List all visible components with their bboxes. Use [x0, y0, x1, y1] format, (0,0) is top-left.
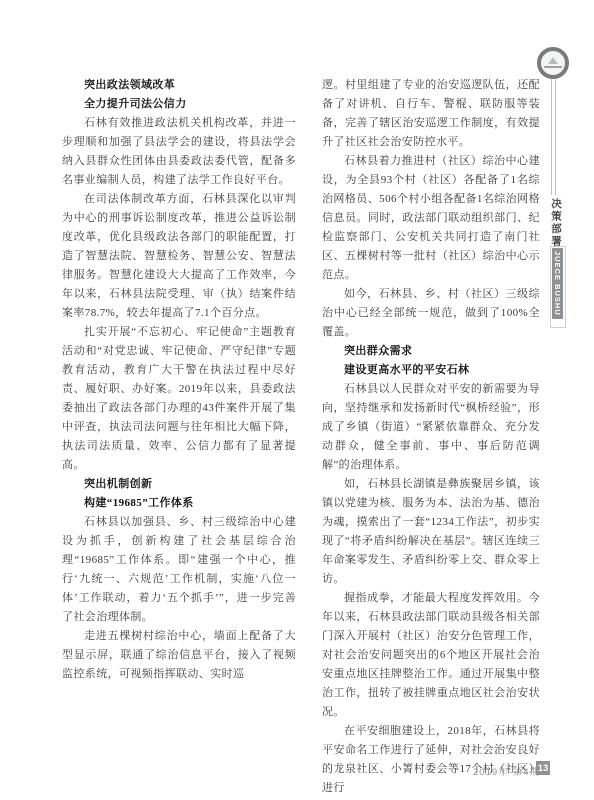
article-paragraph: 如今，石林县、乡、村（社区）三级综治中心已经全部统一规范，做到了100%全覆盖。: [322, 285, 540, 342]
section-heading: 突出机制创新: [62, 475, 296, 494]
section-pinyin-badge: JUECE BUSHU: [552, 248, 563, 319]
article-column-left: 突出政法领域改革 全力提升司法公信力 石林有效推进政法机关机构改革，并进一步理顺…: [62, 76, 296, 798]
article-paragraph-continuation: 逻。村里组建了专业的治安巡逻队伍，还配备了对讲机、自行车、警棍、联防服等装备，完…: [322, 76, 540, 152]
article-paragraph: 走进五棵树村综治中心，墙面上配备了大型显示屏，联通了综治信息平台，接入了视频监控…: [62, 627, 296, 684]
section-title-dot: [556, 240, 559, 243]
article-column-right: 逻。村里组建了专业的治安巡逻队伍，还配备了对讲机、自行车、警棍、联防服等装备，完…: [322, 76, 540, 798]
article-paragraph: 如，石林县长湖镇是彝族聚居乡镇，该镇以党建为核、服务为本、法治为基、德治为魂，摸…: [322, 475, 540, 589]
article-paragraph: 石林县以人民群众对平安的新需要为导向，坚持继承和发扬新时代“枫桥经验”，形成了乡…: [322, 380, 540, 475]
article-paragraph: 扎实开展“不忘初心、牢记使命”主题教育活动和“对党忠诚、牢记使命、严守纪律”专题…: [62, 323, 296, 475]
article-paragraph: 在司法体制改革方面，石林县深化以审判为中心的刑事诉讼制度改革，推进公益诉讼制度改…: [62, 190, 296, 323]
article-paragraph: 石林县着力推进村（社区）综治中心建设，为全县93个村（社区）各配备了1名综治网格…: [322, 152, 540, 285]
article-paragraph: 石林有效推进政法机关机构改革，并进一步理顺和加强了县法学会的建设，将县法学会纳入…: [62, 114, 296, 190]
article-paragraph: 握指成拳，才能最大程度发挥效用。今年以来，石林县政法部门联动县级各相关部门深入开…: [322, 589, 540, 722]
section-heading: 突出政法领域改革: [62, 76, 296, 95]
article-paragraph: 石林县以加强县、乡、村三级综治中心建设为抓手，创新构建了社会基层综合治理“196…: [62, 513, 296, 627]
journal-seal-icon: [537, 47, 569, 79]
article-body: 突出政法领域改革 全力提升司法公信力 石林有效推进政法机关机构改革，并进一步理顺…: [62, 76, 540, 798]
page-number-badge: 13: [536, 761, 550, 775]
section-heading: 建设更高水平的平安石林: [322, 361, 540, 380]
sidebar-rule-line: [555, 79, 556, 195]
footer-issue-label: 2019年·第4期: [473, 764, 540, 778]
section-heading: 构建“19685”工作体系: [62, 494, 296, 513]
sidebar-rule-line: [551, 79, 552, 195]
section-heading: 突出群众需求: [322, 342, 540, 361]
article-paragraph: 在平安细胞建设上，2018年，石林县将平安命名工作进行了延伸，对社会治安良好的龙…: [322, 722, 540, 798]
section-pinyin-frame: JUECE BUSHU: [550, 246, 566, 328]
section-heading: 全力提升司法公信力: [62, 95, 296, 114]
